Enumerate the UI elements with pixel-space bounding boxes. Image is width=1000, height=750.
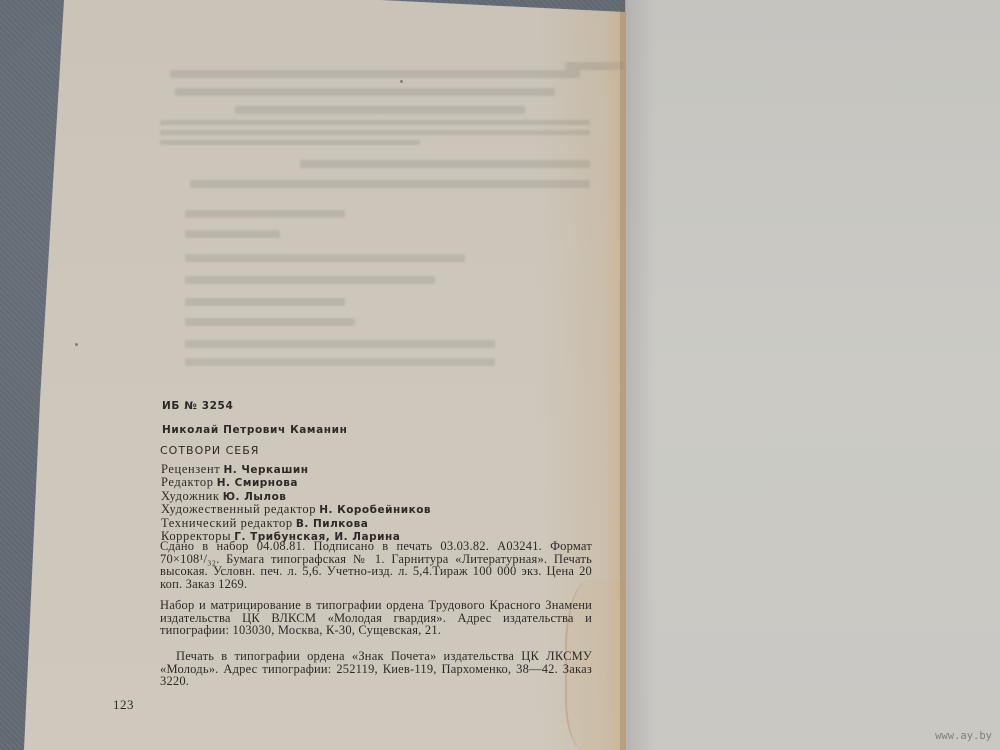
paper-spot — [400, 80, 403, 83]
paper-spot — [75, 343, 78, 346]
showthrough-line — [170, 70, 580, 78]
showthrough-line — [185, 276, 435, 284]
watermark: www.ay.by — [935, 730, 992, 742]
left-page — [0, 0, 630, 750]
imprint-paragraph: Сдано в набор 04.08.81. Подписано в печа… — [160, 540, 592, 590]
showthrough-line — [160, 120, 590, 125]
showthrough-line — [185, 254, 465, 262]
credit-editor: Редактор Н. Смирнова — [161, 476, 431, 489]
right-page — [625, 0, 1000, 750]
showthrough-line — [175, 88, 555, 96]
credit-tech-editor: Технический редактор В. Пилкова — [161, 517, 431, 530]
showthrough-line — [185, 358, 495, 366]
showthrough-line — [190, 180, 590, 188]
ib-number: ИБ № 3254 — [162, 400, 233, 413]
showthrough-line — [185, 230, 280, 238]
showthrough-line — [185, 298, 345, 306]
showthrough-line — [235, 106, 525, 114]
author-name: Николай Петрович Каманин — [162, 424, 347, 437]
showthrough-line — [185, 210, 345, 218]
credit-reviewer: Рецензент Н. Черкашин — [161, 463, 431, 476]
printing-paragraph: Печать в типографии ордена «Знак Почета»… — [160, 650, 592, 688]
credit-art-editor: Художественный редактор Н. Коробейников — [161, 503, 431, 516]
book-spine — [620, 0, 626, 750]
showthrough-line — [565, 62, 625, 70]
showthrough-line — [160, 140, 420, 145]
showthrough-line — [185, 318, 355, 326]
showthrough-line — [300, 160, 590, 168]
book-title: СОТВОРИ СЕБЯ — [160, 444, 259, 457]
credit-artist: Художник Ю. Лылов — [161, 490, 431, 503]
showthrough-line — [160, 130, 590, 135]
credits-list: Рецензент Н. Черкашин Редактор Н. Смирно… — [161, 463, 431, 543]
showthrough-line — [185, 340, 495, 348]
page-number: 123 — [113, 698, 134, 711]
typesetting-paragraph: Набор и матрицирование в типографии орде… — [160, 599, 592, 637]
